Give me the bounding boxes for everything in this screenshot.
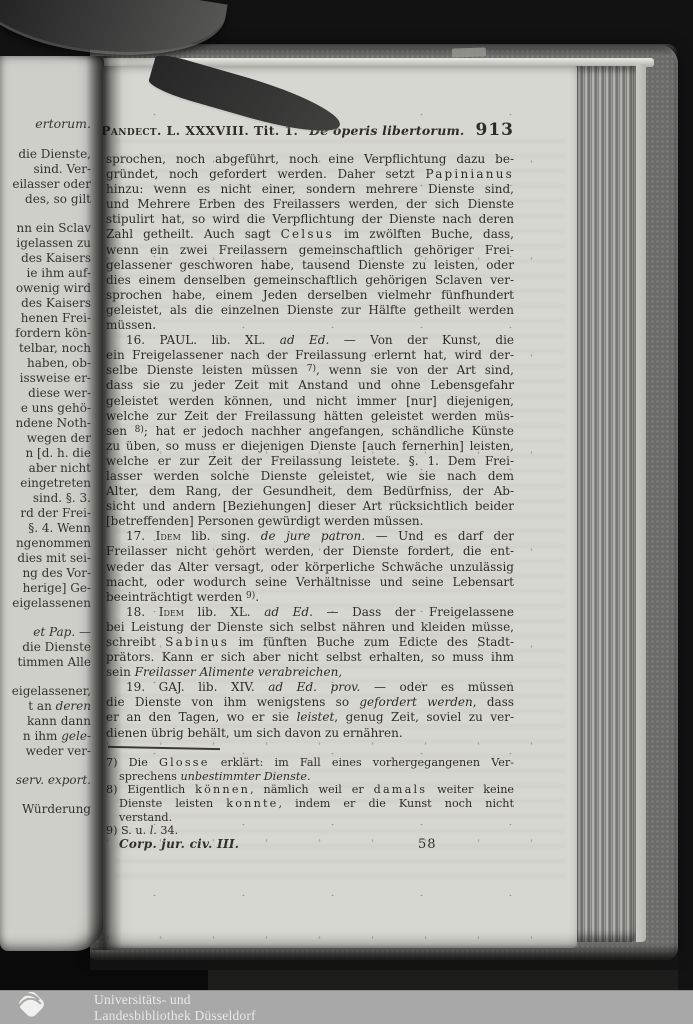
library-name: Universitäts- und Landesbibliothek Düsse… [94,992,256,1024]
body-line: welche zur Zeit der Freilassung hätten g… [106,409,514,424]
cover-top-tab [452,47,486,57]
left-page-line-fragment: §. 4. Wenn [0,521,91,536]
left-page-line-fragment: eingetreten [0,476,91,491]
footnote-line: 7) Die Glosse erklärt: im Fall eines vor… [106,756,514,770]
body-line: sprochen habe, einem Jeden derselben vie… [106,288,514,303]
text-run: Glosse [159,756,210,769]
left-page-line-fragment: ngenommen [0,536,91,551]
text-run: l. [150,824,157,837]
left-page-line-fragment: timmen Alle [0,655,91,670]
sheet-number: 58 [418,837,437,852]
left-page-line-fragment: weder ver- [0,744,91,759]
left-page-line-fragment: des, so gilt [0,192,91,207]
footnotes: 7) Die Glosse erklärt: im Fall eines vor… [106,756,514,838]
left-page-line-fragment: herige] Ge- [0,581,91,596]
body-line: Freilasser nicht gehört werden, der Dien… [106,544,514,559]
left-page-line-fragment: des Kaisers [0,296,91,311]
body-line: lasser werden solche Dienste geleistet, … [106,469,514,484]
left-page-line-fragment: die Dienste [0,640,91,655]
body-line: weder das Alter versagt, oder körperlich… [106,560,514,575]
left-page-line-fragment: eigelassenen [0,596,91,611]
body-line: selbe Dienste leisten müssen 7), wenn si… [106,363,514,378]
text-run: 7) [307,364,316,374]
body-text: sprochen, noch abgeführt, noch eine Verp… [106,152,514,741]
left-page-line-fragment: diese wer- [0,386,91,401]
footnote-line: sprechens unbestimmter Dienste. [106,770,514,784]
text-run: damals [374,783,428,796]
text-run: konnte [226,797,278,810]
body-line: schreibt Sabinus im fünften Buche zum Ed… [106,635,514,650]
body-line: Zahl getheilt. Auch sagt Celsus im zwölf… [106,227,514,242]
library-name-line1: Universitäts- und [94,992,256,1008]
left-page-line-fragment: ng des Vor- [0,566,91,581]
left-page-line-fragment: n ihm gele- [0,729,91,744]
body-line: 16. PAUL. lib. XL. ad Ed. — Von der Kuns… [106,333,514,348]
left-page-line-fragment: rd der Frei- [0,506,91,521]
text-run: deren [56,699,91,713]
body-line: sen 8); hat er jedoch nachher angefangen… [106,424,514,439]
body-line: 19. GAJ. lib. XIV. ad Ed. prov. — oder e… [106,680,514,695]
left-page-text-column: die Dienste,sind. Ver-eilasser oderdes, … [0,147,91,817]
footnote-line: 8) Eigentlich können, nämlich weil er da… [106,783,514,797]
left-running-title: ertorum. [0,116,91,131]
text-run: serv. export. [16,773,91,787]
left-page-line-fragment: serv. export. [0,773,91,788]
page-fore-edge [576,66,636,942]
right-page: Pandect. L. XXXVIII. Tit. 1. De operis l… [103,66,577,948]
body-line: sicht und andern [Beziehungen] dieser Ar… [106,499,514,514]
body-line: wenn ein zwei Freilassern gemeinschaftli… [106,243,514,258]
footnote-line: Dienste leisten konnte, indem er die Kun… [106,797,514,811]
left-page-line-fragment: die Dienste, [0,147,91,162]
body-line: gelassener geschworen habe, tausend Dien… [106,258,514,273]
page-footer: Corp. jur. civ. III. 58 [106,837,514,854]
volume-signature: Corp. jur. civ. III. [119,837,239,851]
left-page-line-fragment: sind. Ver- [0,162,91,177]
work-title: Pandect. [103,123,162,138]
left-page-line-fragment: igelassen zu [0,236,91,251]
library-name-line2: Landesbibliothek Düsseldorf [94,1008,256,1024]
left-page-line-fragment: sind. §. 3. [0,491,91,506]
body-line: geleistet, als die einzelnen Dienste zur… [106,303,514,318]
left-page: ertorum. die Dienste,sind. Ver-eilasser … [0,56,104,951]
body-line: prätors. Kann er sich aber nicht selbst … [106,650,514,665]
text-run: ad Ed. prov. [268,680,360,694]
left-page-line-fragment: aber nicht [0,461,91,476]
library-watermark-bar: Universitäts- und Landesbibliothek Düsse… [0,990,693,1024]
body-line: dass sie zu jeder Zeit mit Anstand und o… [106,378,514,393]
body-line: [betreffenden] Personen gewürdigt werden… [106,514,514,529]
page-number: 913 [476,120,515,140]
bottom-shadow [90,944,678,970]
book-photo: ertorum. die Dienste,sind. Ver-eilasser … [0,0,693,1024]
text-run: leistet [297,710,335,724]
body-line: 17. Idem lib. sing. de jure patron. — Un… [106,529,514,544]
body-line: dienen übrig behält, um sich davon zu er… [106,726,514,741]
left-page-line-fragment: henen Frei- [0,311,91,326]
text-run: ad Ed. [280,333,330,347]
body-line: hinzu: wenn es nicht einer, sondern mehr… [106,182,514,197]
left-page-line-fragment: kann dann [0,714,91,729]
body-line: bei Leistung der Dienste sich selbst näh… [106,620,514,635]
left-page-line-fragment: ie ihm auf- [0,266,91,281]
running-head-citation: Pandect. L. XXXVIII. Tit. 1. [103,123,298,138]
left-page-line-fragment: n [d. h. die [0,446,91,461]
text-run: können [195,783,250,796]
body-line: und Mehrere Erben des Freilassers werden… [106,197,514,212]
text-run: Idem [159,605,184,619]
text-run: Freilasser Alimente verabreichen, [135,665,342,679]
left-page-line-fragment: dies mit sei- [0,551,91,566]
text-run: Papinianus [425,167,514,181]
body-line: geleistet werden können, und nicht immer… [106,394,514,409]
left-page-line-fragment: des Kaisers [0,251,91,266]
body-line: gründet, noch gefordert werden. Daher se… [106,167,514,182]
text-run: et Pap. — [33,625,91,639]
text-run: Idem [156,529,181,543]
left-page-line-fragment: eilasser oder [0,177,91,192]
left-page-fragments: ertorum. die Dienste,sind. Ver-eilasser … [0,116,91,817]
body-line: Alter, dem Rang, der Gesundheit, dem Bed… [106,484,514,499]
text-run: 8) [135,425,144,435]
footnote-rule [108,746,220,750]
left-page-line-fragment: t an deren [0,699,91,714]
text-run: Sabinus [165,635,229,649]
library-logo-icon [8,991,52,1024]
left-page-line-fragment: fordern kön- [0,326,91,341]
body-line: sein Freilasser Alimente verabreichen, [106,665,514,680]
left-page-line-fragment: issweise er- [0,371,91,386]
body-line: stipulirt hat, so wird die Verpflichtung… [106,212,514,227]
left-page-line-fragment: haben, ob- [0,356,91,371]
text-run: ad Ed. [264,605,313,619]
body-line: beeinträchtigt werden 9). [106,590,514,605]
left-page-line-fragment: e uns gehö- [0,401,91,416]
text-run: de jure patron. [261,529,365,543]
text-run: 9) [246,591,255,601]
left-page-line-fragment: nn ein Sclav [0,221,91,236]
body-line: müssen. [106,318,514,333]
body-line: macht, oder wodurch seine Verhältnisse u… [106,575,514,590]
left-page-line-fragment: eigelassener, [0,684,91,699]
left-page-line-fragment: ndene Noth- [0,416,91,431]
footnote-line: verstand. [106,811,514,825]
page-edge-strip [636,64,646,942]
text-run: unbestimmter Dienste. [180,770,310,783]
body-line: 18. Idem lib. XL. ad Ed. — Dass der Frei… [106,605,514,620]
body-line: die Dienste von ihm wenigstens so geford… [106,695,514,710]
text-run: gele- [61,729,91,743]
body-line: welche er zur Zeit der Freilassung leist… [106,454,514,469]
body-line: er an den Tagen, wo er sie leistet, genu… [106,710,514,725]
book-citation: L. XXXVIII. Tit. 1. [167,123,299,138]
left-page-line-fragment: Würderung [0,802,91,817]
left-page-line-fragment: owenig wird [0,281,91,296]
left-page-line-fragment: telbar, noch [0,341,91,356]
body-line: zu üben, so muss er diejenigen Dienste [… [106,439,514,454]
body-line: ein Freigelassener nach der Freilassung … [106,348,514,363]
body-line: sprochen, noch abgeführt, noch eine Verp… [106,152,514,167]
left-page-line-fragment: et Pap. — [0,625,91,640]
body-line: dies einem denselben gemeinschaftlich ge… [106,273,514,288]
text-run: gefordert werden [359,695,472,709]
text-run: Celsus [281,227,334,241]
left-page-line-fragment: wegen der [0,431,91,446]
